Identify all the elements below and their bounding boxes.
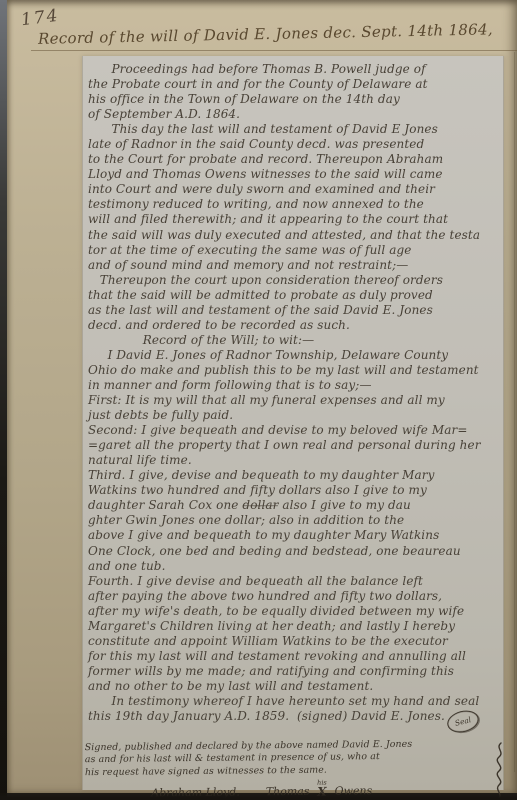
photo-left-edge — [0, 0, 7, 800]
text-line: and of sound mind and memory and not res… — [88, 258, 500, 273]
text-line: after my wife's death, to be equally div… — [88, 604, 500, 619]
text-line: his office in the Town of Delaware on th… — [88, 92, 500, 107]
right-margin-line — [514, 52, 515, 772]
attestation-block: Signed, published and declared by the ab… — [85, 738, 496, 800]
page-number: 174 — [20, 6, 61, 31]
text-line: into Court and were duly sworn and exami… — [88, 182, 500, 197]
photo-bottom-edge — [0, 793, 517, 800]
text-line: and no other to be my last will and test… — [88, 679, 500, 694]
text-line: tor at the time of executing the same wa… — [88, 243, 500, 258]
text-line: Watkins two hundred and fifty dollars al… — [88, 483, 500, 498]
text-line: This day the last will and testament of … — [88, 122, 500, 137]
text-line: will and filed therewith; and it appeari… — [88, 212, 500, 227]
text-line: late of Radnor in the said County decd. … — [88, 137, 500, 152]
text-line: decd. and ordered to be recorded as such… — [88, 318, 500, 333]
text-line: as the last will and testament of the sa… — [88, 303, 500, 318]
text-line: the said will was duly executed and atte… — [88, 228, 500, 243]
text-line: =garet all the property that I own real … — [88, 438, 500, 453]
page-title: Record of the will of David E. Jones dec… — [38, 20, 498, 48]
text-line: to the Court for probate and record. The… — [88, 152, 500, 167]
attestation-brace-icon — [492, 742, 506, 800]
text-line: just debts be fully paid. — [88, 408, 500, 423]
text-line: constitute and appoint William Watkins t… — [88, 634, 500, 649]
record-overlay-sheet: Proceedings had before Thomas B. Powell … — [82, 56, 504, 790]
text-line: Ohio do make and publish this to be my l… — [88, 363, 500, 378]
attestation-lines: Signed, published and declared by the ab… — [85, 738, 495, 779]
text-line: Second: I give bequeath and devise to my… — [88, 423, 500, 438]
text-line: former wills by me made; and ratifying a… — [88, 664, 500, 679]
text-line: Fourth. I give devise and bequeath all t… — [88, 574, 500, 589]
text-line: above I give and bequeath to my daughter… — [88, 528, 500, 543]
text-line: this 19th day January A.D. 1859. (signed… — [88, 709, 500, 724]
text-line: Thereupon the court upon consideration t… — [88, 273, 500, 288]
text-line: I David E. Jones of Radnor Township, Del… — [88, 348, 500, 363]
text-line: Record of the Will; to wit:— — [88, 333, 500, 348]
text-line: Third. I give, devise and bequeath to my… — [88, 468, 500, 483]
text-line: after paying the above two hundred and f… — [88, 589, 500, 604]
text-line: ghter Gwin Jones one dollar; also in add… — [88, 513, 500, 528]
text-line: First: It is my will that all my funeral… — [88, 393, 500, 408]
text-line: the Probate court in and for the County … — [88, 77, 500, 92]
text-line: Lloyd and Thomas Owens witnesses to the … — [88, 167, 500, 182]
text-line: in manner and form following that is to … — [88, 378, 500, 393]
text-line: that the said will be admitted to probat… — [88, 288, 500, 303]
text-line: of September A.D. 1864. — [88, 107, 500, 122]
text-line: testimony reduced to writing, and now an… — [88, 197, 500, 212]
text-line: Proceedings had before Thomas B. Powell … — [88, 62, 500, 77]
ledger-page: 174 Record of the will of David E. Jones… — [7, 0, 517, 793]
text-line: for this my last will and testament revo… — [88, 649, 500, 664]
text-line: and one tub. — [88, 559, 500, 574]
text-line: One Clock, one bed and beding and bedste… — [88, 544, 500, 559]
seal-label: Seal — [454, 715, 472, 728]
will-record-text: Proceedings had before Thomas B. Powell … — [88, 62, 500, 724]
text-line: daughter Sarah Cox one d̶o̶l̶l̶a̶r̶ also… — [88, 498, 500, 513]
text-line: Margaret's Children living at her death;… — [88, 619, 500, 634]
header-rule — [31, 50, 517, 51]
text-line: In testimony whereof I have hereunto set… — [88, 694, 500, 709]
text-line: natural life time. — [88, 453, 500, 468]
